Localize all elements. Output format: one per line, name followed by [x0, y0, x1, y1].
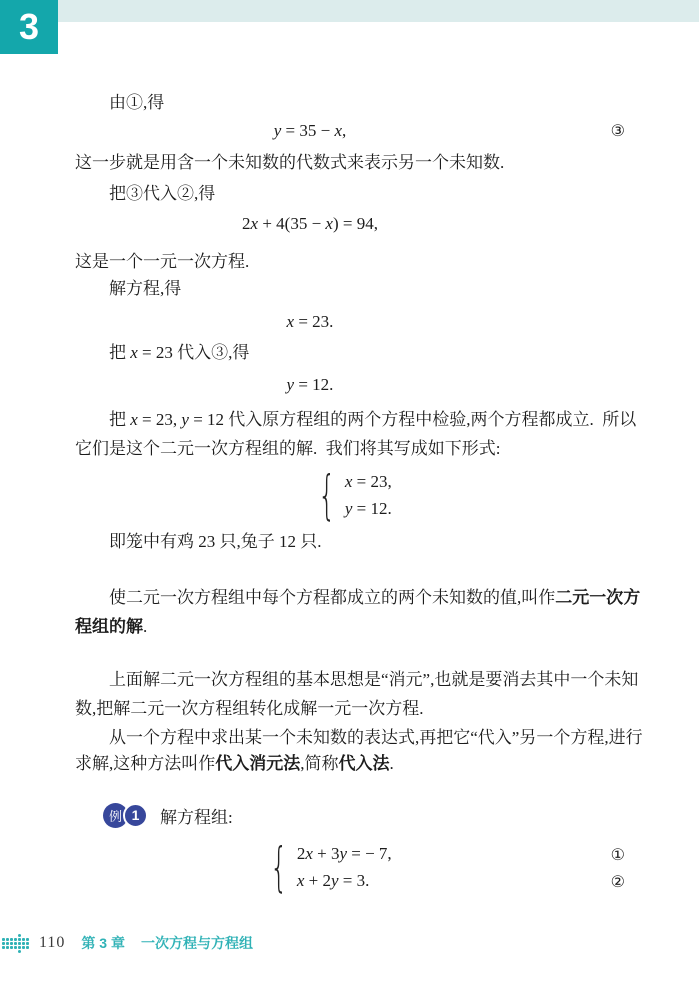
paragraph-line: 解方程,得: [75, 278, 625, 300]
bold-term: 二元一次方: [555, 588, 640, 607]
equation-label: ②: [611, 872, 625, 892]
bold-term: 代入消元法: [215, 754, 300, 773]
chapter-number: 3: [19, 9, 39, 45]
footer-section-title: 一次方程与方程组: [141, 933, 253, 953]
dots-ornament-icon: [2, 934, 29, 953]
example-heading: 例 1 解方程组:: [103, 802, 625, 828]
equation-line: 2x + 4(35 − x) = 94,: [75, 213, 625, 235]
textbook-page: 3 由①,得 y = 35 − x,③ 这一步就是用含一个未知数的代数式来表示另…: [0, 0, 699, 988]
definition-line: 使二元一次方程组中每个方程都成立的两个未知数的值,叫作二元一次方: [75, 587, 625, 609]
system-line: 2x + 3y = − 7,: [297, 840, 392, 867]
example-badge-number: 1: [123, 803, 148, 828]
equation-label: ③: [611, 121, 625, 143]
paragraph-line: 从一个方程中求出某一个未知数的表达式,再把它“代入”另一个方程,进行: [75, 727, 625, 749]
bold-term: 代入法: [339, 754, 390, 773]
paragraph-line: 把 x = 23, y = 12 代入原方程组的两个方程中检验,两个方程都成立.…: [75, 409, 625, 431]
paragraph-line: 上面解二元一次方程组的基本思想是“消元”,也就是要消去其中一个未知: [75, 669, 625, 691]
paragraph-line: 即笼中有鸡 23 只,兔子 12 只.: [75, 531, 625, 553]
system-line: x + 2y = 3.: [297, 867, 392, 894]
paragraph-line: 由①,得: [75, 92, 625, 114]
paragraph-line: 求解,这种方法叫作代入消元法,简称代入法.: [75, 753, 625, 775]
equation-line: y = 35 − x,③: [75, 120, 625, 142]
definition-line: 程组的解.: [75, 616, 625, 638]
paragraph-line: 数,把解二元一次方程组转化成解一元一次方程.: [75, 698, 625, 720]
body-text: 由①,得 y = 35 − x,③ 这一步就是用含一个未知数的代数式来表示另一个…: [75, 0, 625, 894]
equation-line: y = 12.: [75, 374, 625, 396]
system-line: x = 23,: [345, 468, 392, 495]
brace-system: { x = 23, y = 12.: [311, 468, 625, 522]
solution-system: { x = 23, y = 12.: [75, 468, 625, 522]
system-line: y = 12.: [345, 495, 392, 522]
left-brace: {: [318, 469, 335, 522]
chapter-tab: 3: [0, 0, 58, 54]
paragraph-line: 这是一个一元一次方程.: [75, 251, 625, 273]
footer: 110 第 3 章 一次方程与方程组: [2, 933, 253, 953]
bold-term: 程组的解: [75, 617, 143, 636]
page-number: 110: [39, 934, 65, 952]
equation-line: x = 23.: [75, 311, 625, 333]
paragraph-line: 把③代入②,得: [75, 183, 625, 205]
left-brace: {: [270, 841, 287, 894]
brace-system: { 2x + 3y = − 7, x + 2y = 3.: [263, 840, 625, 894]
paragraph-line: 它们是这个二元一次方程组的解. 我们将其写成如下形式:: [75, 438, 625, 460]
footer-chapter-label: 第 3 章: [81, 933, 125, 953]
example-badge: 例 1: [103, 803, 148, 828]
equation-label: ①: [611, 845, 625, 865]
example-system: { 2x + 3y = − 7, x + 2y = 3. ① ②: [75, 840, 625, 894]
example-instruction: 解方程组:: [160, 803, 233, 828]
paragraph-line: 这一步就是用含一个未知数的代数式来表示另一个未知数.: [75, 152, 625, 174]
paragraph-line: 把 x = 23 代入③,得: [75, 342, 625, 364]
